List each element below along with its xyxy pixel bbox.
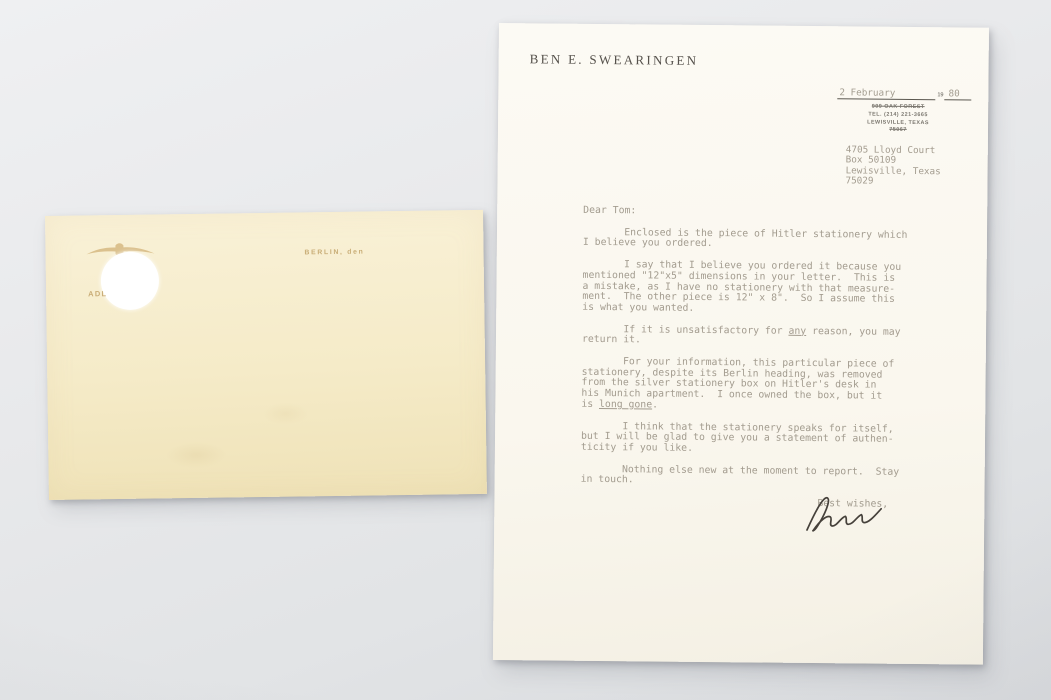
address-line: 75029 [845, 176, 940, 187]
paragraph-5: I think that the stationery speaks for i… [581, 421, 923, 456]
stationery-name-fragment: ADL [88, 289, 107, 298]
letter-sheet: BEN E. SWEARINGEN 2 February1980 909 OAK… [493, 23, 989, 665]
paragraph-6: Nothing else new at the moment to report… [581, 464, 923, 489]
paragraph-3: If it is unsatisfactory for any reason, … [582, 324, 924, 349]
printed-zip-struck: 75067 [836, 127, 960, 136]
berlin-heading: BERLIN, den [304, 249, 364, 257]
handwritten-signature [799, 486, 891, 540]
date-line: 2 February1980 [837, 87, 971, 100]
letterhead-address-block: 909 OAK FOREST TEL. (214) 221-3665 LEWIS… [836, 103, 960, 135]
year-prefix-printed: 19 [937, 92, 943, 98]
paper-stain [263, 402, 309, 425]
paragraph-4: For your information, this particular pi… [581, 357, 923, 414]
underlined-phrase: long gone [599, 399, 652, 411]
letterhead-name: BEN E. SWEARINGEN [530, 51, 699, 69]
letter-body: Dear Tom: Enclosed is the piece of Hitle… [580, 206, 925, 522]
date-typed: 2 February [837, 87, 935, 100]
typed-return-address: 4705 Lloyd Court Box 50109 Lewisville, T… [845, 145, 941, 187]
photo-backdrop: ADL BERLIN, den BEN E. SWEARINGEN 2 Febr… [0, 0, 1051, 700]
year-typed: 80 [945, 88, 972, 100]
stationery-sheet: ADL BERLIN, den [45, 210, 487, 500]
paper-stain [166, 441, 226, 468]
paragraph-2: I say that I believe you ordered it beca… [582, 260, 924, 317]
paragraph-1: Enclosed is the piece of Hitler statione… [583, 228, 925, 253]
obscuring-white-dot [101, 251, 160, 310]
underlined-word: any [788, 325, 806, 336]
salutation: Dear Tom: [583, 206, 925, 220]
